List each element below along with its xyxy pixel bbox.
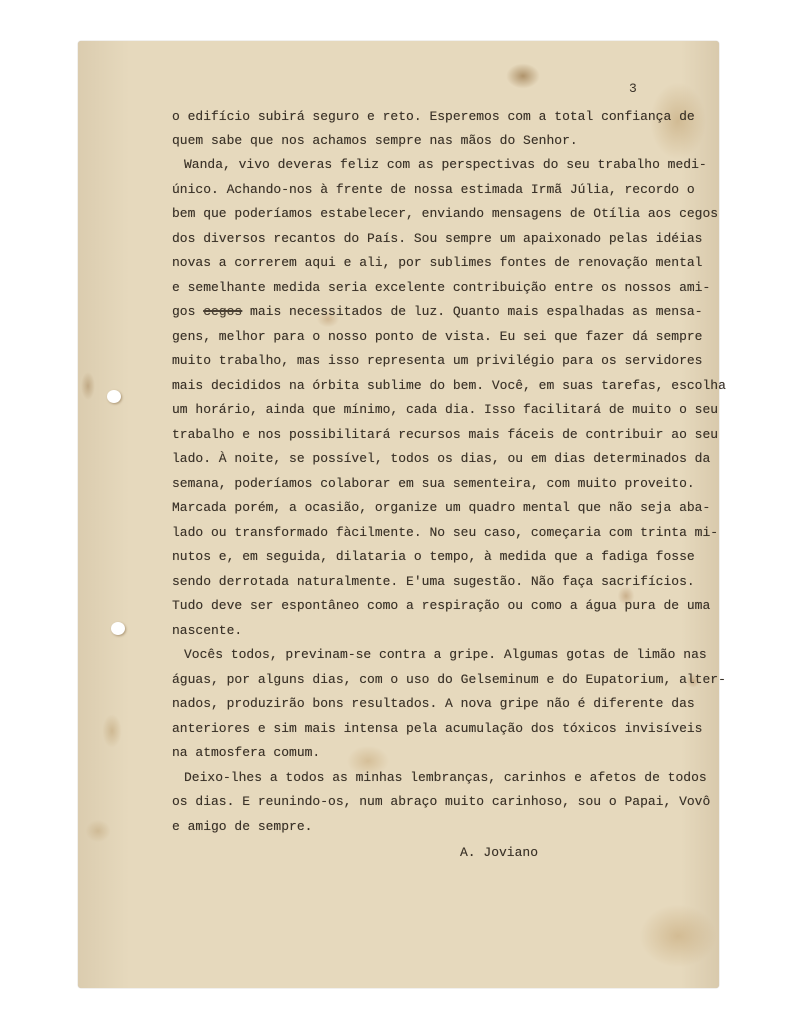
page-number: 3: [629, 81, 637, 97]
text-line: lado. À noite, se possível, todos os dia…: [172, 451, 710, 467]
text-line: Wanda, vivo deveras feliz com as perspec…: [184, 157, 707, 173]
text-line: na atmosfera comum.: [172, 745, 320, 761]
text-line: nascente.: [172, 623, 242, 639]
text-line: muito trabalho, mas isso representa um p…: [172, 353, 703, 369]
text-line: semana, poderíamos colaborar em sua seme…: [172, 476, 695, 492]
text-line: o edifício subirá seguro e reto. Esperem…: [172, 109, 695, 125]
text-line: anteriores e sim mais intensa pela acumu…: [172, 721, 703, 737]
text-line: bem que poderíamos estabelecer, enviando…: [172, 206, 718, 222]
text-line: e amigo de sempre.: [172, 819, 312, 835]
text-line: Tudo deve ser espontâneo como a respiraç…: [172, 598, 710, 614]
text-line: um horário, ainda que mínimo, cada dia. …: [172, 402, 718, 418]
text-line: gens, melhor para o nosso ponto de vista…: [172, 329, 703, 345]
text-line: nutos e, em seguida, dilataria o tempo, …: [172, 549, 695, 565]
text-fragment: mais necessitados de luz. Quanto mais es…: [242, 304, 702, 319]
text-line: Deixo-lhes a todos as minhas lembranças,…: [184, 770, 707, 786]
text-line: quem sabe que nos achamos sempre nas mão…: [172, 133, 578, 149]
text-line: nados, produzirão bons resultados. A nov…: [172, 696, 695, 712]
text-fragment: gos: [172, 304, 203, 319]
typewritten-page: 3 o edifício subirá seguro e reto. Esper…: [78, 41, 719, 988]
text-line: dos diversos recantos do País. Sou sempr…: [172, 231, 703, 247]
signature: A. Joviano: [460, 845, 538, 861]
text-line: sendo derrotada naturalmente. E'uma suge…: [172, 574, 695, 590]
text-line: águas, por alguns dias, com o uso do Gel…: [172, 672, 726, 688]
text-line: mais decididos na órbita sublime do bem.…: [172, 378, 726, 394]
text-line: novas a correrem aqui e ali, por sublime…: [172, 255, 703, 271]
punch-hole-top: [107, 390, 121, 403]
text-line: lado ou transformado fàcilmente. No seu …: [172, 525, 718, 541]
text-line: Marcada porém, a ocasião, organize um qu…: [172, 500, 710, 516]
text-line: os dias. E reunindo-os, num abraço muito…: [172, 794, 710, 810]
struck-out-word: cegos: [203, 304, 242, 319]
text-line: Vocês todos, previnam-se contra a gripe.…: [184, 647, 707, 663]
text-line-with-strikeout: gos cegos mais necessitados de luz. Quan…: [172, 304, 703, 320]
punch-hole-bottom: [111, 622, 125, 635]
text-line: único. Achando-nos à frente de nossa est…: [172, 182, 695, 198]
text-line: trabalho e nos possibilitará recursos ma…: [172, 427, 718, 443]
text-line: e semelhante medida seria excelente cont…: [172, 280, 710, 296]
